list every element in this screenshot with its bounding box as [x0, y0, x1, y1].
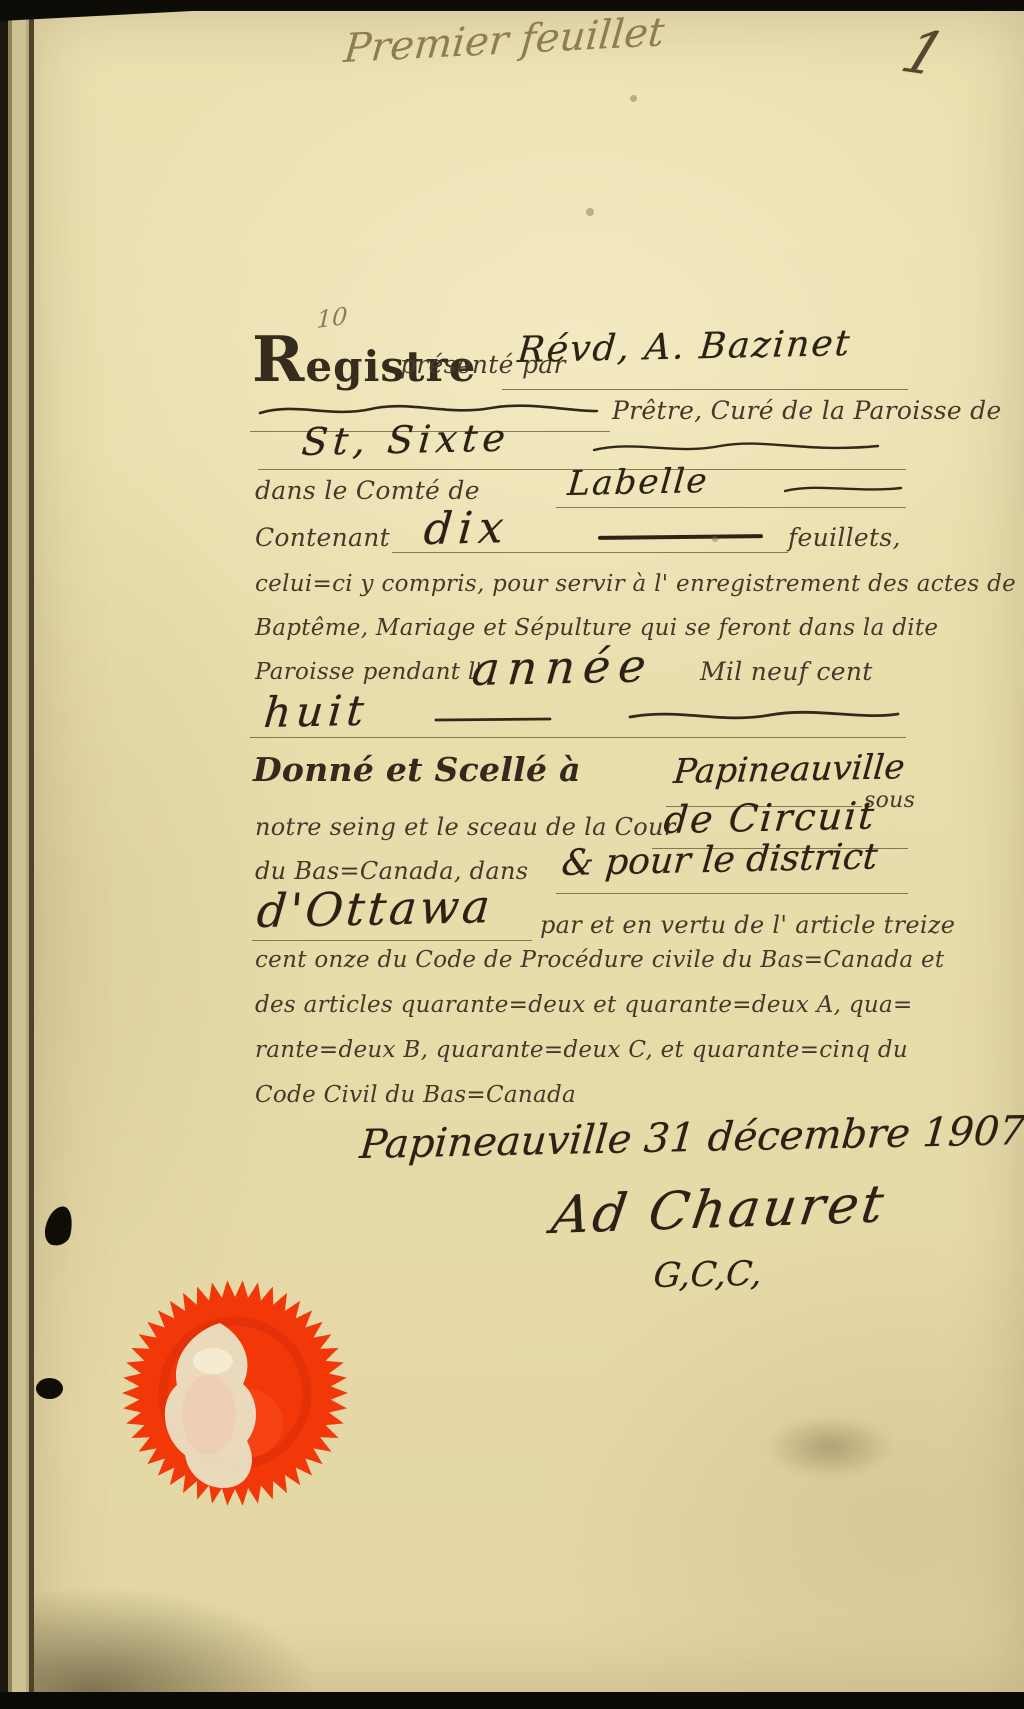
parish-value: St, Sixte: [300, 416, 512, 464]
place-value: Papineauville: [672, 747, 906, 792]
body-line-6: Code Civil du Bas=Canada: [255, 1082, 576, 1108]
district-value-1: & pour le district: [560, 836, 879, 884]
fill-line: [252, 940, 532, 941]
fill-line: [556, 507, 906, 508]
bottom-edge-bar: [0, 1692, 1024, 1709]
paper-speck: [586, 208, 594, 216]
pen-flourish: [590, 436, 882, 460]
mil-neuf-cent-label: Mil neuf cent: [700, 657, 873, 686]
fill-line: [502, 389, 908, 390]
article-label: par et en vertu de l' article treize: [540, 911, 955, 939]
during-label: Paroisse pendant l': [255, 659, 482, 685]
signature-title: G,C,C,: [652, 1254, 764, 1296]
presented-by-value: Révd, A. Bazinet: [516, 323, 853, 371]
body-line-1: celui=ci y compris, pour servir à l' enr…: [255, 571, 1016, 597]
body-line-4: des articles quarante=deux et quarante=d…: [255, 992, 913, 1018]
body-line-3: cent onze du Code de Procédure civile du…: [255, 947, 944, 973]
district-value-2: d'Ottawa: [255, 879, 495, 938]
given-sealed-label: Donné et Scellé à: [253, 750, 581, 789]
county-value: Labelle: [566, 461, 710, 504]
top-edge-mark: [735, 0, 746, 8]
pen-flourish: [430, 704, 902, 730]
cure-line: Prêtre, Curé de la Paroisse de: [612, 396, 1002, 425]
pen-flourish: [782, 480, 904, 498]
signature: Ad Chauret: [548, 1174, 890, 1246]
seal-court-label: notre seing et le sceau de la Cour: [255, 813, 676, 841]
fill-line: [392, 552, 788, 553]
fill-line: [250, 737, 906, 738]
seal-patch-stain: [182, 1375, 236, 1455]
paper-speck: [630, 95, 637, 102]
containing-label: Contenant: [255, 523, 390, 552]
paper-speck: [712, 536, 718, 542]
body-line-5: rante=deux B, quarante=deux C, et quaran…: [255, 1037, 908, 1063]
seal-patch-highlight: [193, 1348, 233, 1374]
year-value: huit: [262, 686, 371, 737]
notarial-seal: [118, 1276, 352, 1510]
ink-blot: [36, 1378, 63, 1399]
scanned-register-page: Premier feuillet 1 10 Registre présenté …: [0, 0, 1024, 1709]
year-word-value: année: [470, 638, 656, 696]
sheets-label: feuillets,: [788, 523, 901, 552]
county-label: dans le Comté de: [255, 476, 480, 505]
body-line-2: Baptême, Mariage et Sépulture qui se fer…: [255, 615, 938, 641]
paper-smudge: [765, 1415, 895, 1479]
court-value: de Circuit: [662, 794, 878, 842]
fill-line: [556, 893, 908, 894]
left-binding-edge: [0, 0, 34, 1709]
sheet-count-value: dix: [422, 502, 512, 555]
